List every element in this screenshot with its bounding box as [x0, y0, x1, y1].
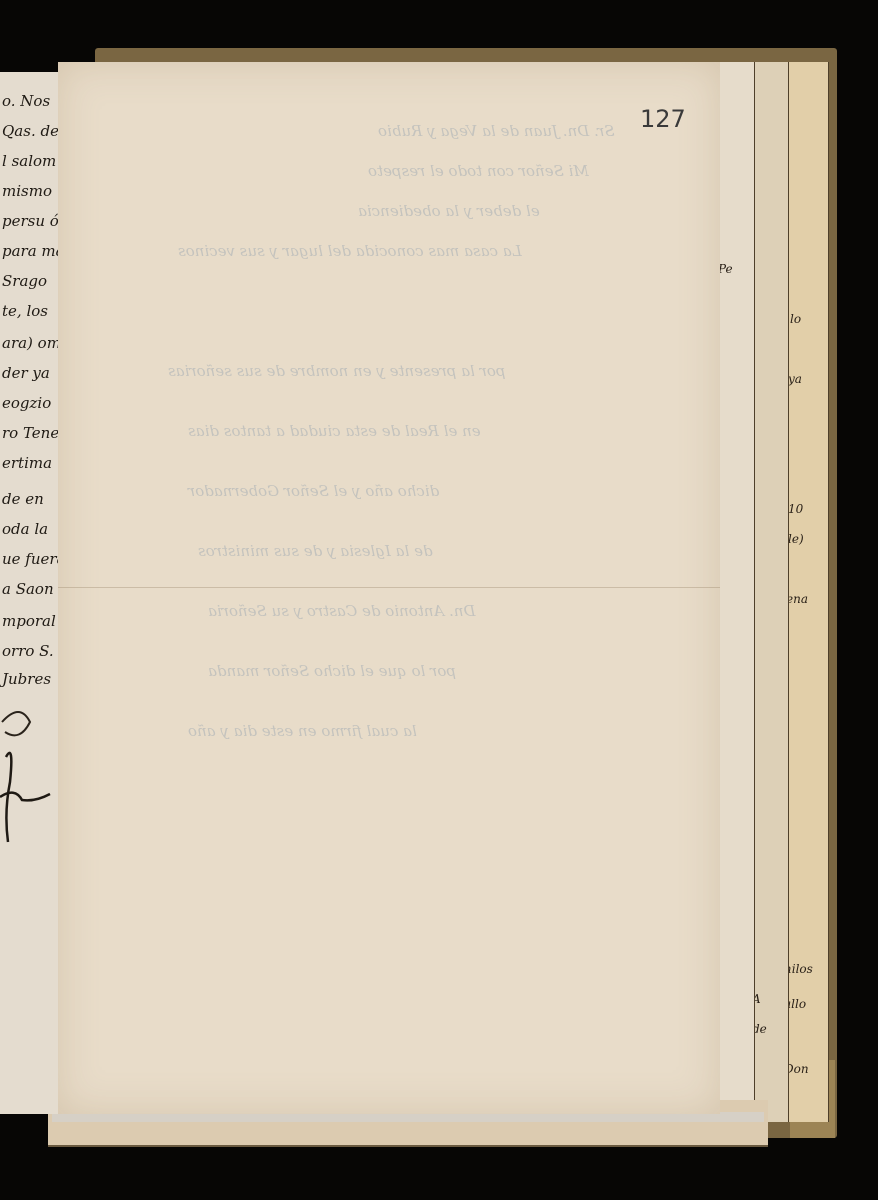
left-text-line: mporal [2, 612, 56, 630]
left-text-line: mismo q [2, 182, 66, 200]
left-text-line: para ma [2, 242, 65, 260]
left-text-line: Srago [2, 272, 47, 290]
left-text-line: eogzio [2, 394, 51, 412]
left-text-line: l salom [2, 152, 56, 170]
left-text-line: a Saon [2, 580, 54, 598]
left-text-line: persu ó [2, 212, 59, 230]
edge-fragment: Pe [718, 262, 733, 276]
left-text-line: ertima [2, 454, 52, 472]
main-page: Sr. Dn. Juan de la Vega y Rubio Mi Señor… [58, 62, 720, 1114]
left-page: o. Nos Qas. des l salom mismo q persu ó … [0, 72, 60, 1114]
left-text-line: Jubres [2, 670, 51, 688]
edge-fragment: lo [790, 312, 801, 326]
left-text-line: der ya [2, 364, 50, 382]
left-text-line: o. Nos [2, 92, 50, 110]
left-text-line: de en [2, 490, 44, 508]
folio-number: 127 [640, 105, 686, 133]
signature-flourish-icon [0, 702, 58, 852]
left-text-line: ara) om [2, 334, 61, 352]
edge-fragment: 10 [788, 502, 803, 516]
left-text-line: Qas. des [2, 122, 67, 140]
page-fold-line [58, 587, 720, 588]
left-text-line: ro Tene [2, 424, 59, 442]
left-text-line: oda la [2, 520, 48, 538]
edge-fragment: ya [788, 372, 802, 386]
left-text-line: te, los [2, 302, 48, 320]
edge-fragment: le) [788, 532, 804, 546]
left-text-line: ue fuera [2, 550, 66, 568]
left-text-line: orro S. [2, 642, 54, 660]
edge-fragment: ena [786, 592, 808, 606]
